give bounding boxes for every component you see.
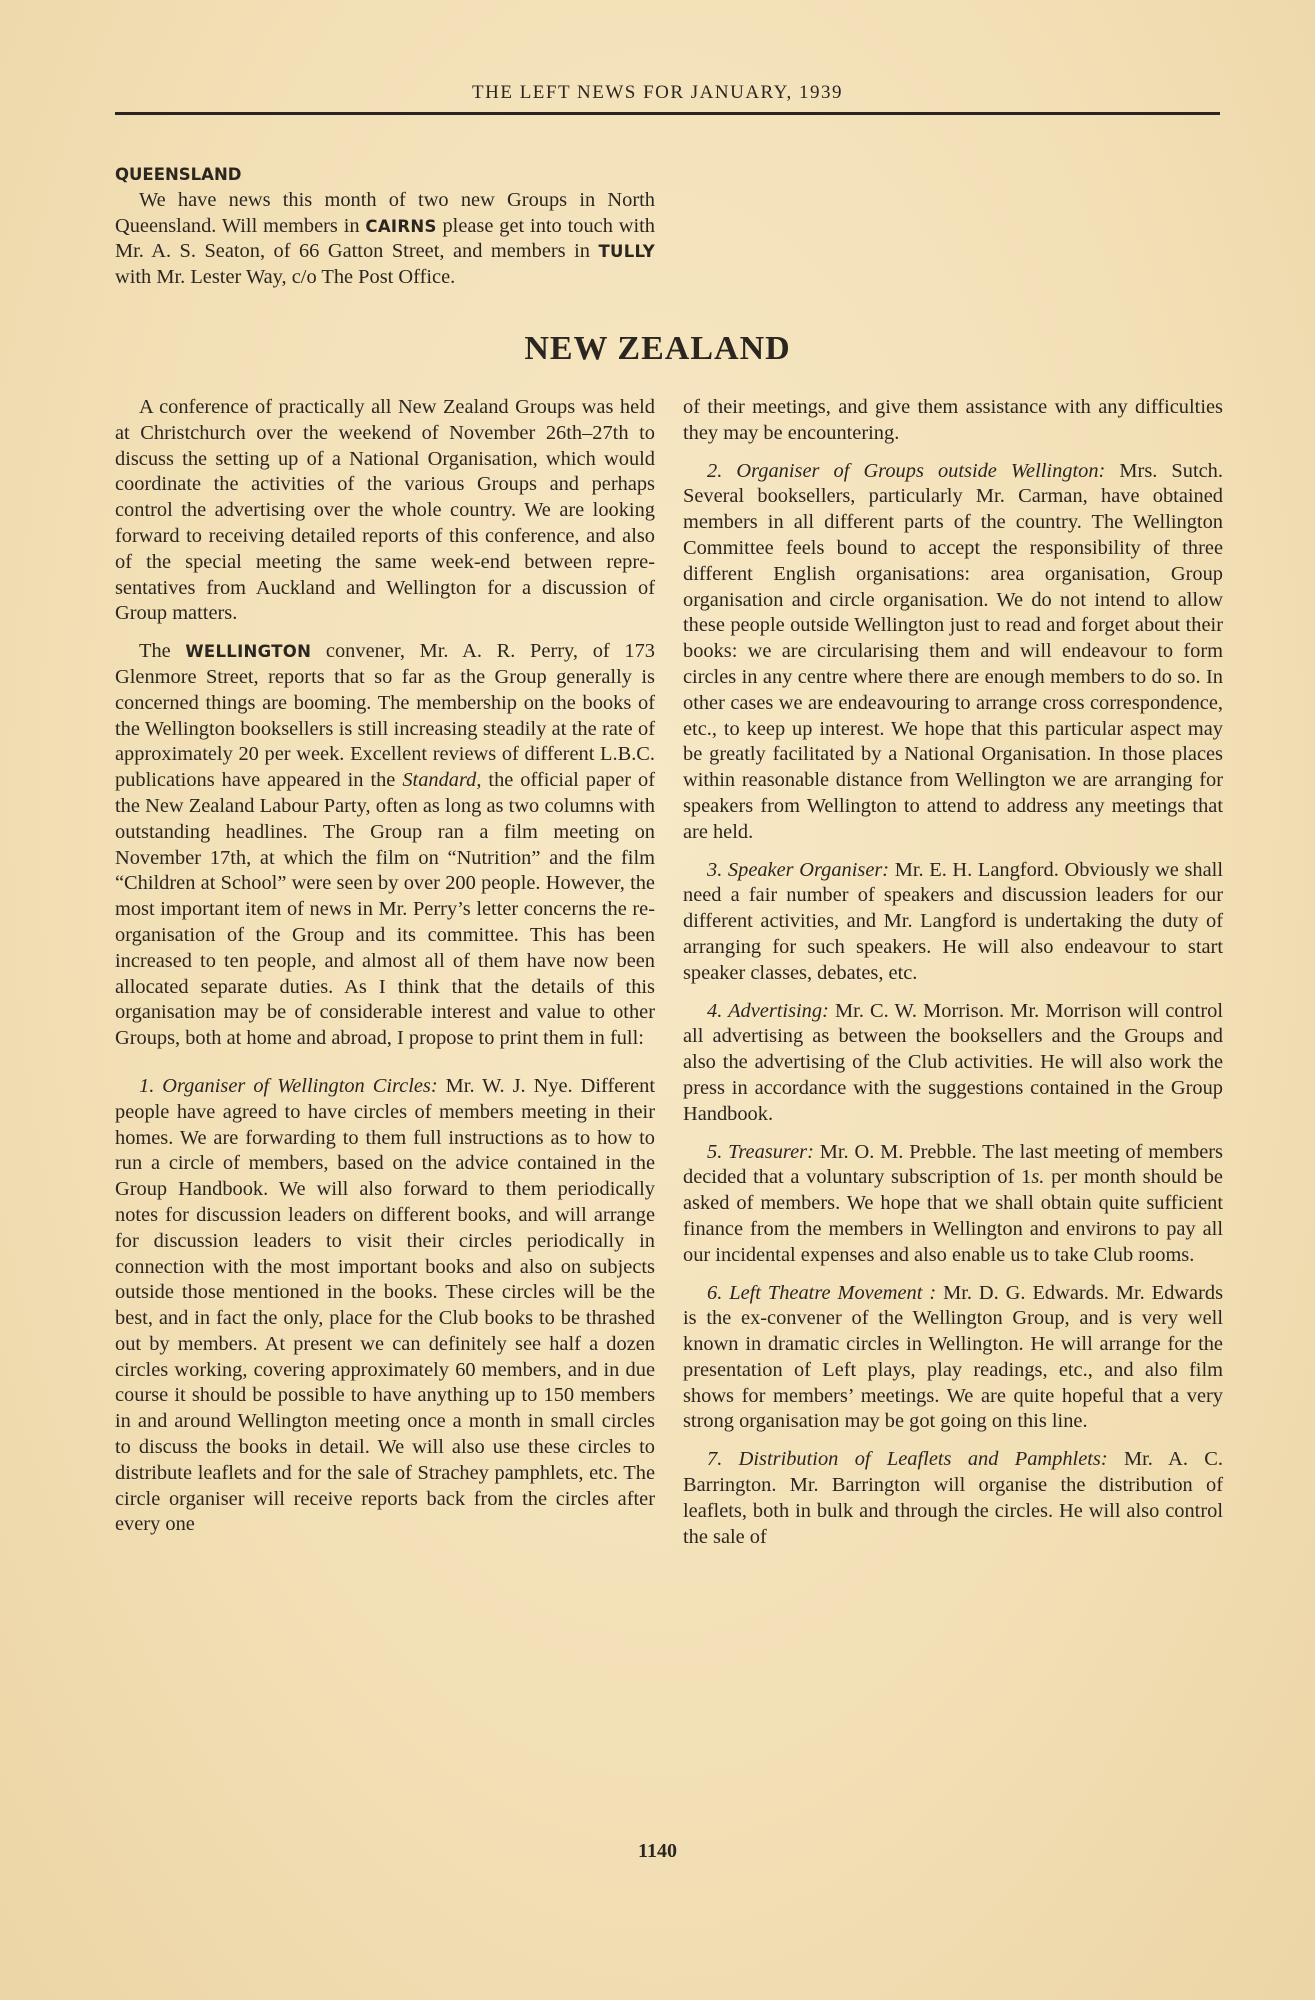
item-1-title: 1. Organiser of Wellington Circles: (139, 1075, 438, 1097)
right-column: of their meetings, and give them assista… (683, 395, 1223, 1562)
queensland-label: QUEENSLAND (115, 162, 655, 188)
item-6: 6. Left Theatre Movement : Mr. D. G. Edw… (683, 1281, 1223, 1436)
publication-title: Standard, (402, 769, 481, 791)
item-3: 3. Speaker Organiser: Mr. E. H. Langford… (683, 858, 1223, 987)
queensland-paragraph: We have news this month of two new Group… (115, 188, 655, 291)
item-4: 4. Advertising: Mr. C. W. Morrison. Mr. … (683, 999, 1223, 1128)
page-number: 1140 (0, 1840, 1315, 1863)
queensland-left: QUEENSLAND We have news this month of tw… (115, 162, 655, 291)
item-5-title: 5. Treasurer: (707, 1141, 814, 1163)
place-wellington: WELLINGTON (185, 642, 311, 661)
item-4-title: 4. Advertising: (707, 1000, 829, 1022)
item-5: 5. Treasurer: Mr. O. M. Prebble. The las… (683, 1140, 1223, 1269)
item-6-title: 6. Left Theatre Movement : (707, 1282, 936, 1304)
header-rule (115, 112, 1220, 115)
item-1: 1. Organiser of Wellington Circles: Mr. … (115, 1074, 655, 1538)
place-tully: TULLY (598, 242, 655, 261)
item-1-continued: of their meetings, and give them assista… (683, 395, 1223, 447)
place-cairns: CAIRNS (365, 217, 436, 236)
item-2-title: 2. Organiser of Groups outside Wellingto… (707, 460, 1105, 482)
running-head: THE LEFT NEWS FOR JANUARY, 1939 (0, 82, 1315, 104)
item-7-title: 7. Distribution of Leaflets and Pamphlet… (707, 1448, 1108, 1470)
paragraph-wellington: The WELLINGTON convener, Mr. A. R. Perry… (115, 639, 655, 1052)
section-heading: NEW ZEALAND (0, 330, 1315, 368)
left-column: A conference of practically all New Zeal… (115, 395, 655, 1550)
item-3-title: 3. Speaker Organiser: (707, 859, 889, 881)
item-7: 7. Distribution of Leaflets and Pamphlet… (683, 1447, 1223, 1550)
paragraph-conference: A conference of practically all New Zeal… (115, 395, 655, 627)
item-2: 2. Organiser of Groups outside Wellingto… (683, 459, 1223, 846)
